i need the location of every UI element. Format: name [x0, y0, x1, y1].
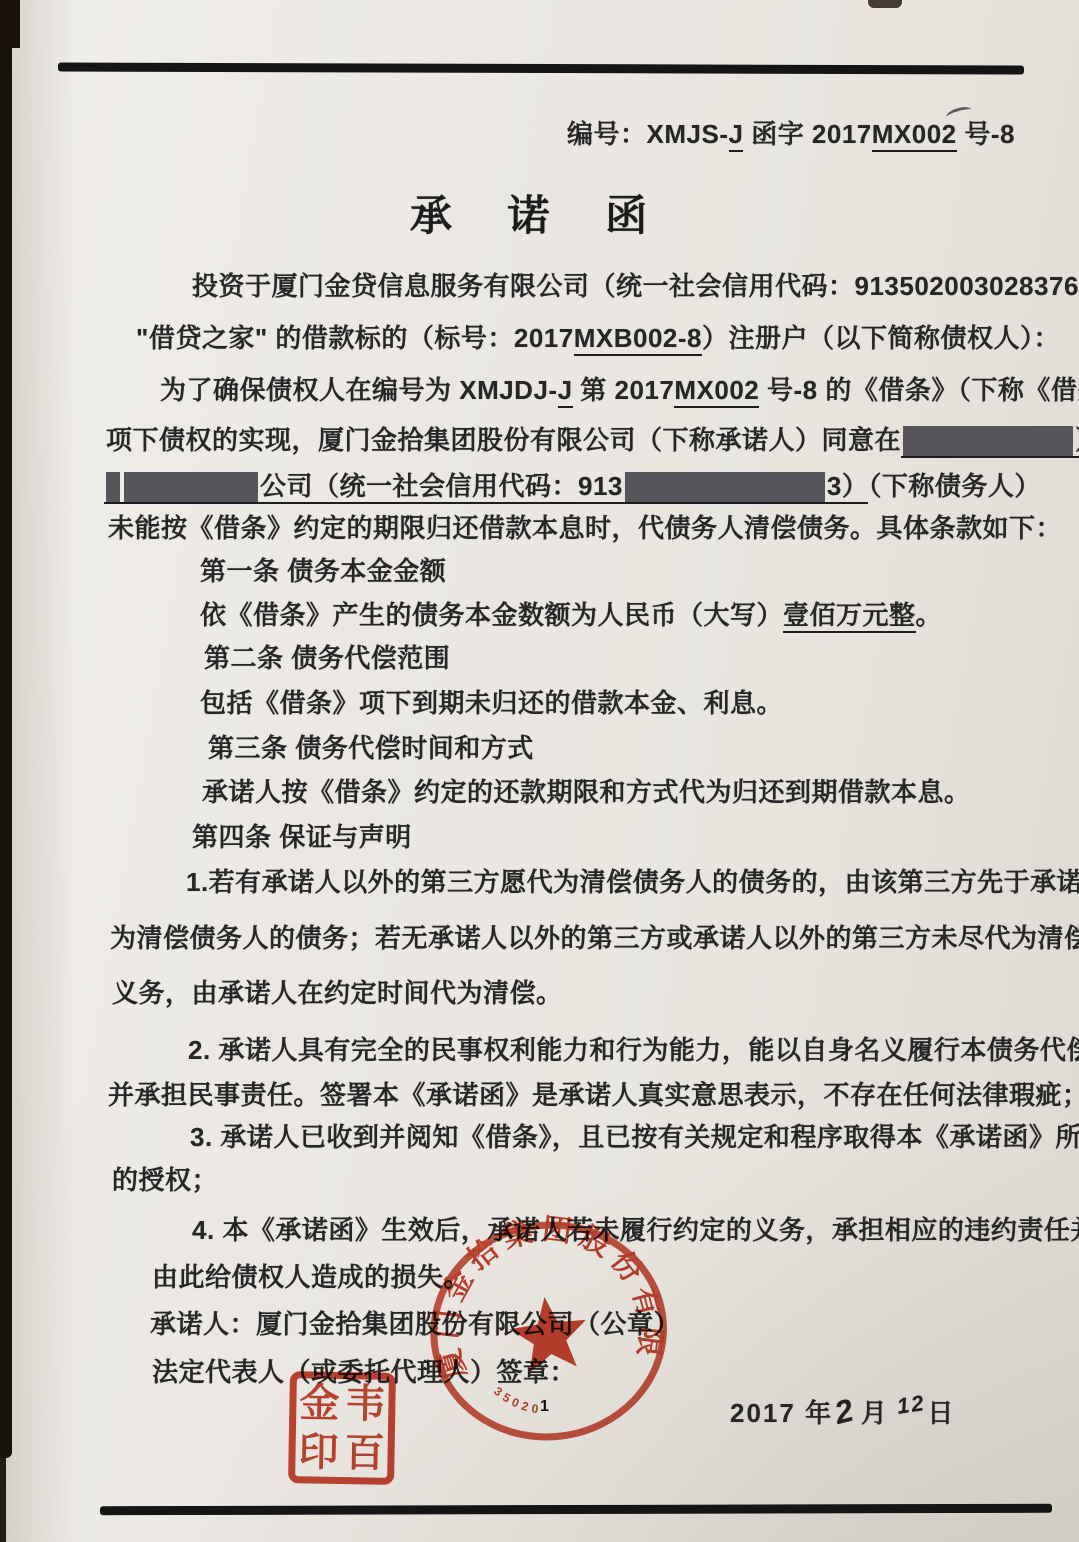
para2-line3-text: 公司（统一社会信用代码：913	[260, 471, 623, 501]
para2-line1: 为了确保债权人在编号为 XMJDJ-J 第 2017MX002 号-8 的《借条…	[160, 370, 1079, 407]
para2-line2-redacted-group: ）	[901, 425, 1079, 458]
seal-char-bottom-left: 印	[295, 1427, 342, 1477]
para2-line1-text: 号-8 的《借条》（下称《借条》）	[759, 375, 1079, 405]
para2-line3-text: 3）	[827, 471, 868, 501]
photo-edge-top-notch	[868, 0, 902, 8]
redaction-box	[625, 472, 825, 502]
item1-line1: 1.若有承诺人以外的第三方愿代为清偿债务人的债务的，由该第三方先于承诺人代	[186, 862, 1079, 899]
name-square-seal: 金 韦 印 百	[288, 1371, 396, 1485]
para2-line2-text: ）	[1075, 425, 1079, 455]
clause3-body: 承诺人按《借条》约定的还款期限和方式代为归还到期借款本息。	[202, 772, 971, 809]
svg-text:35020: 35020	[490, 1379, 545, 1422]
clause2-heading: 第二条 债务代偿范围	[204, 638, 450, 675]
item3-line2: 的授权；	[112, 1160, 218, 1197]
doc-number-underlined-code: MX002	[872, 119, 957, 152]
item3-line1: 3. 承诺人已收到并阅知《借条》，且已按有关规定和程序取得本《承诺函》所需要	[190, 1117, 1079, 1154]
para1-line2: "借贷之家" 的借款标的（标号：2017MXB002-8）注册户（以下简称债权人…	[136, 318, 1060, 355]
seal-char-top-right: 韦	[342, 1379, 389, 1429]
clause1-text: 。	[916, 600, 943, 630]
clause2-body: 包括《借条》项下到期未归还的借款本金、利息。	[200, 683, 783, 720]
para2-line1-underlined-code: MX002	[674, 375, 759, 408]
clause1-text: 依《借条》产生的债务本金数额为人民币（大写）	[200, 600, 783, 630]
para1-line1: 投资于厦门金贷信息服务有限公司（统一社会信用代码：913502003028376…	[192, 266, 1079, 303]
item2-line2: 并承担民事责任。签署本《承诺函》是承诺人真实意思表示，不存在任何法律瑕疵；	[108, 1075, 1079, 1112]
document-photo: 编号：XMJS-J 函字 2017MX002 号-8 承 诺 函 投资于厦门金贷…	[0, 0, 1079, 1542]
para2-line1-text: 为了确保债权人在编号为 XMJDJ-	[160, 375, 558, 405]
doc-number-part: 编号：XMJS-	[567, 119, 728, 149]
doc-number-part: 号-8	[957, 119, 1015, 149]
seal-char-bottom-right: 百	[341, 1428, 388, 1478]
clause1-body: 依《借条》产生的债务本金数额为人民币（大写）壹佰万元整。	[200, 595, 942, 632]
handwritten-month: 2	[831, 1391, 859, 1432]
para2-line4: 未能按《借条》约定的期限归还借款本息时，代债务人清偿债务。具体条款如下：	[108, 508, 1062, 545]
doc-number-part: 函字 2017	[743, 119, 871, 149]
seal-char-top-left: 金	[296, 1378, 343, 1428]
para2-line3-text: （下称债务人）	[868, 471, 1041, 501]
date-month-label: 月	[861, 1398, 889, 1428]
doc-number-underlined-j: J	[729, 119, 744, 152]
item1-line2: 为清偿债务人的债务；若无承诺人以外的第三方或承诺人以外的第三方未尽代为清偿	[110, 918, 1079, 955]
date-year: 2017 年	[730, 1398, 833, 1428]
para1-line2-text: ）注册户（以下简称债权人）：	[702, 323, 1060, 353]
redaction-box	[106, 472, 120, 502]
handwritten-day: 12	[895, 1390, 927, 1420]
redaction-box	[124, 472, 258, 502]
page-number: 1	[540, 1398, 549, 1416]
photo-edge-top-left	[0, 0, 20, 48]
clause1-amount-underlined: 壹佰万元整	[783, 600, 916, 633]
doc-number: 编号：XMJS-J 函字 2017MX002 号-8	[567, 114, 1015, 151]
seal-star-icon	[506, 1292, 591, 1374]
clause1-heading: 第一条 债务本金金额	[200, 551, 446, 588]
date-day-label: 日	[927, 1398, 955, 1428]
clause4-heading: 第四条 保证与声明	[192, 817, 412, 854]
seal-serial-number: 35020	[490, 1379, 545, 1422]
item1-line3: 义务，由承诺人在约定时间代为清偿。	[112, 973, 563, 1010]
para1-line2-underlined: MXB002-8	[574, 323, 702, 356]
item2-line1: 2. 承诺人具有完全的民事权利能力和行为能力，能以自身名义履行本债务代偿义务	[188, 1030, 1079, 1067]
para2-line2: 项下债权的实现，厦门金拾集团股份有限公司（下称承诺人）同意在）	[106, 420, 1079, 457]
para2-line2-text: 项下债权的实现，厦门金拾集团股份有限公司（下称承诺人）同意在	[106, 425, 901, 455]
para2-line1-text: 第 2017	[573, 375, 675, 405]
promisor-label: 承诺人	[150, 1309, 230, 1339]
date-line: 2017 年2月12日	[730, 1392, 955, 1430]
redaction-box	[903, 426, 1073, 456]
page-title: 承 诺 函	[0, 183, 1079, 243]
clause3-heading: 第三条 债务代偿时间和方式	[208, 728, 534, 765]
company-round-seal: 厦门金拾集团股份有限公司 35020	[390, 1191, 709, 1476]
para2-line3: 公司（统一社会信用代码：9133）（下称债务人）	[104, 466, 1041, 503]
para2-line3-underlined-group: 公司（统一社会信用代码：9133）	[104, 471, 868, 504]
para2-line1-underlined-j: J	[558, 375, 573, 408]
para1-line2-text: "借贷之家" 的借款标的（标号：2017	[136, 323, 574, 353]
